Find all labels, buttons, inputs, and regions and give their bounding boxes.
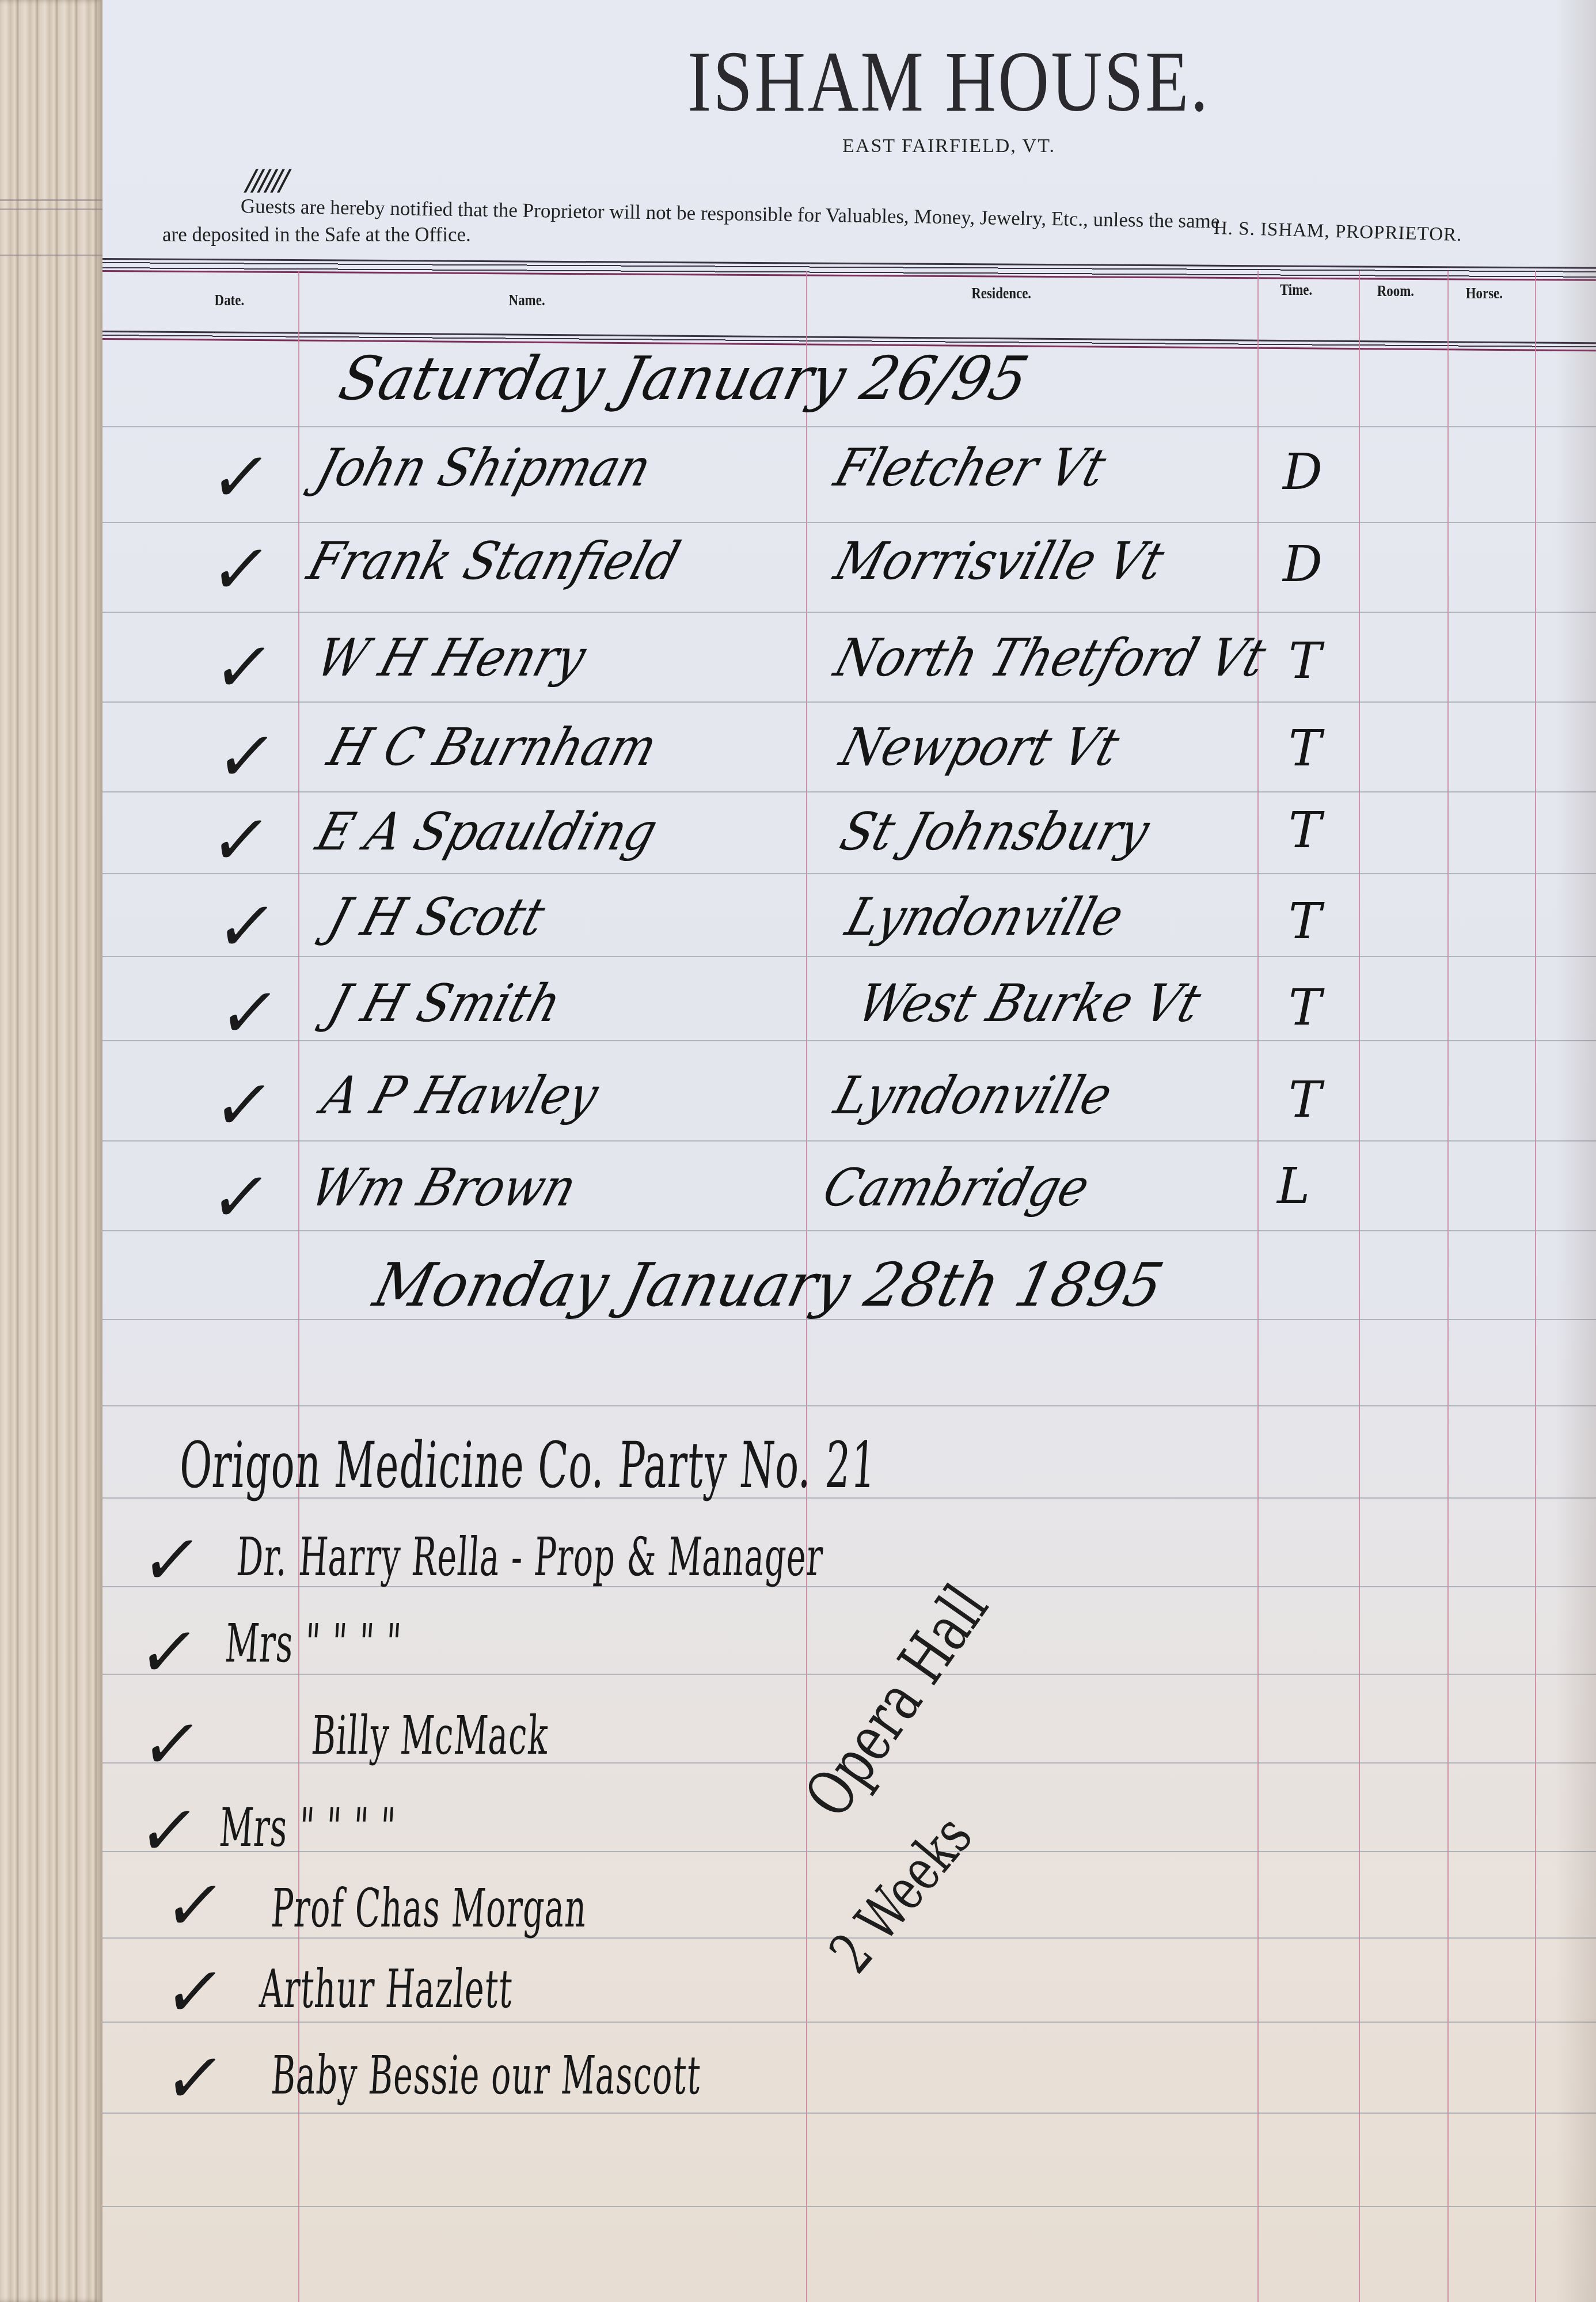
meal-code: D — [1283, 536, 1323, 593]
guest-residence: Lyndonville — [828, 1065, 1119, 1126]
guest-residence: Morrisville Vt — [828, 531, 1171, 591]
ledger-line — [102, 1405, 1596, 1406]
guest-residence: Newport Vt — [834, 717, 1126, 778]
checkmark-icon: ✓ — [208, 1065, 280, 1146]
register-page: ISHAM HOUSE. EAST FAIRFIELD, VT. ////// … — [102, 0, 1596, 2302]
checkmark-icon: ✓ — [159, 2039, 231, 2119]
page-edges-binding — [0, 0, 102, 2302]
party-member-name: Baby Bessie our Mascott — [269, 2045, 703, 2106]
meal-code: T — [1289, 893, 1321, 950]
day-heading-monday: Monday January 28th 1895 — [367, 1250, 1170, 1320]
annotation-two-weeks: 2 Weeks — [816, 1803, 985, 1985]
ledger-line — [102, 2022, 1596, 2023]
checkmark-icon: ✓ — [214, 973, 286, 1053]
hotel-name: ISHAM HOUSE. — [571, 32, 1327, 131]
guest-name: J H Scott — [321, 887, 552, 947]
checkmark-icon: ✓ — [159, 1952, 231, 2032]
checkmark-icon: ✓ — [205, 530, 277, 610]
checkmark-icon: ✓ — [211, 887, 283, 967]
ledger-line — [102, 2113, 1596, 2114]
checkmark-icon: ✓ — [133, 1791, 205, 1871]
meal-code: L — [1277, 1158, 1310, 1215]
party-member-name: Billy McMack — [310, 1705, 550, 1766]
ledger-line — [102, 1040, 1596, 1041]
day-heading-saturday: Saturday January 26/95 — [333, 343, 1035, 414]
meal-code: T — [1289, 802, 1321, 859]
liability-notice-line2: are deposited in the Safe at the Office. — [162, 223, 471, 246]
guest-residence: Lyndonville — [839, 887, 1130, 947]
ledger-line — [102, 426, 1596, 427]
party-member-name: Mrs " " " " — [218, 1797, 398, 1859]
guest-residence: Cambridge — [816, 1158, 1096, 1218]
ledger-line — [102, 522, 1596, 523]
column-head-residence: Residence. — [971, 285, 1031, 302]
column-head-room: Room. — [1377, 282, 1414, 300]
ledger-line — [102, 873, 1596, 874]
checkmark-icon: ✓ — [205, 1158, 277, 1238]
checkmark-icon: ✓ — [205, 801, 277, 881]
guest-name: J H Smith — [321, 973, 568, 1034]
column-head-name: Name. — [509, 291, 545, 309]
column-rule-room — [1447, 271, 1449, 2302]
register-book: ISHAM HOUSE. EAST FAIRFIELD, VT. ////// … — [0, 0, 1596, 2302]
checkmark-icon: ✓ — [136, 1705, 208, 1785]
ledger-line — [102, 1140, 1596, 1141]
guest-name: Wm Brown — [304, 1158, 583, 1218]
party-heading: Origon Medicine Co. Party No. 21 — [177, 1428, 879, 1502]
meal-code: T — [1289, 720, 1321, 778]
edge-rule — [0, 255, 102, 256]
checkmark-icon: ✓ — [211, 717, 283, 797]
guest-residence: Fletcher Vt — [828, 438, 1112, 498]
meal-code: T — [1289, 1071, 1321, 1129]
ledger-line — [102, 1230, 1596, 1231]
guest-residence: North Thetford Vt — [828, 628, 1272, 688]
column-rule-time — [1359, 271, 1360, 2302]
guest-name: A P Hawley — [316, 1065, 605, 1126]
edge-rule — [0, 199, 102, 201]
ledger-line — [102, 701, 1596, 703]
annotation-opera-hall: Opera Hall — [791, 1572, 1002, 1830]
edge-rule — [0, 208, 102, 210]
guest-residence: West Burke Vt — [851, 973, 1207, 1034]
meal-code: D — [1283, 443, 1323, 501]
checkmark-icon: ✓ — [159, 1866, 231, 1946]
checkmark-icon: ✓ — [136, 1520, 208, 1601]
hotel-location: EAST FAIRFIELD, VT. — [696, 135, 1202, 157]
column-head-date: Date. — [215, 291, 245, 309]
column-head-time: Time. — [1280, 281, 1312, 299]
party-member-name: Mrs " " " " — [223, 1613, 404, 1674]
ledger-line — [102, 2206, 1596, 2207]
checkmark-icon: ✓ — [133, 1613, 205, 1693]
ledger-line — [102, 791, 1596, 792]
party-member-name: Arthur Hazlett — [258, 1958, 515, 2020]
guest-name: H C Burnham — [321, 717, 664, 778]
header-rule-top — [102, 258, 1596, 281]
column-rule-residence — [1257, 271, 1259, 2302]
ledger-line — [102, 956, 1596, 957]
checkmark-icon: ✓ — [205, 438, 277, 518]
checkmark-icon: ✓ — [208, 628, 280, 708]
party-member-name: Prof Chas Morgan — [269, 1878, 589, 1939]
column-head-horse: Horse. — [1466, 285, 1503, 302]
guest-residence: St Johnsbury — [834, 802, 1156, 862]
party-member-name: Dr. Harry Rella - Prop & Manager — [235, 1526, 825, 1588]
guest-name: Frank Stanfield — [301, 531, 686, 591]
guest-name: E A Spaulding — [310, 802, 664, 862]
meal-code: T — [1289, 979, 1321, 1037]
meal-code: T — [1289, 632, 1321, 690]
column-rule-horse — [1535, 271, 1536, 2302]
guest-name: W H Henry — [310, 628, 592, 688]
guest-name: John Shipman — [310, 438, 658, 498]
ledger-line — [102, 612, 1596, 613]
